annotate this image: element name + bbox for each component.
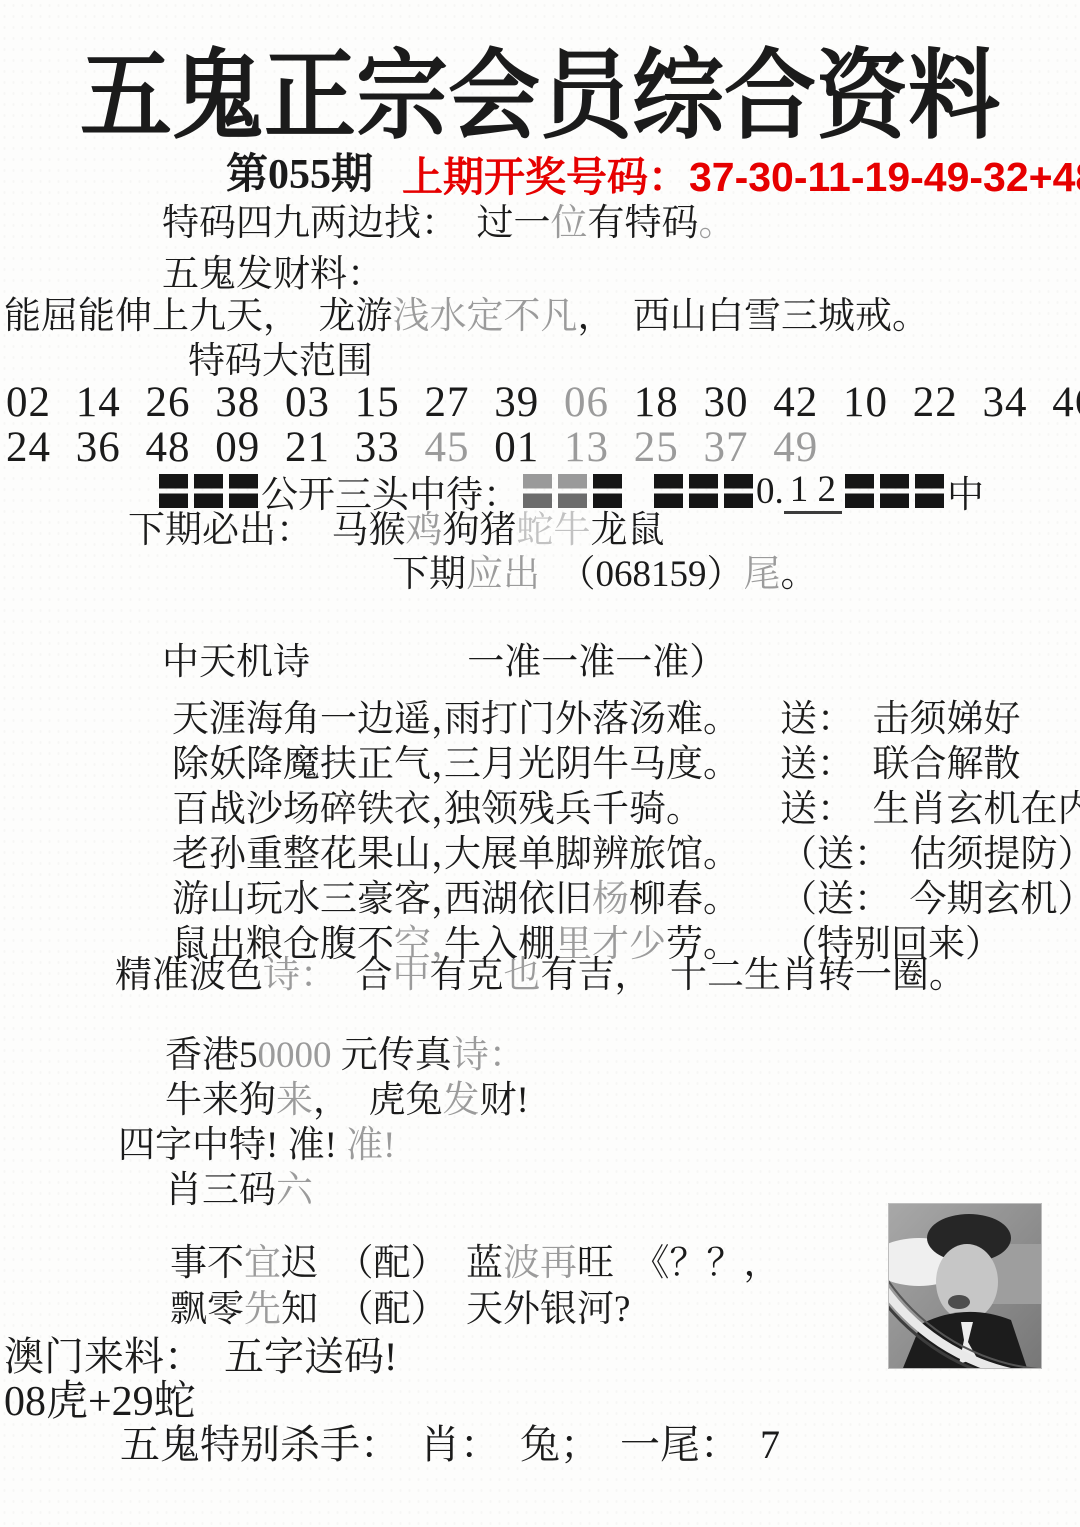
text-segment: 中 (393, 955, 430, 996)
text-segment: 迟 （配） 蓝 (281, 1243, 503, 1284)
text-segment: 牛来狗 (165, 1080, 276, 1121)
text-segment: 应出 (466, 554, 540, 595)
text-segment: 飘零 (170, 1289, 244, 1330)
text-segment: 浅水定不凡 (393, 296, 578, 337)
text-segment: 有吉， 十二生肖转一圈。 (541, 955, 967, 996)
text-segment: 事不 (170, 1243, 244, 1284)
text-segment: 08虎+29蛇 (4, 1379, 196, 1425)
heads-hit-label: 中 (947, 464, 984, 518)
text-segment: 位 (551, 203, 588, 244)
censored-block (880, 474, 909, 508)
text-segment: 诗： (452, 1035, 526, 1076)
tianji-poem-header: 中天机诗 一准一准一准） (162, 643, 726, 684)
censored-block (159, 474, 188, 508)
text-segment: 尾 (744, 554, 781, 595)
censored-block (558, 474, 587, 508)
text-segment: 鸡 (406, 510, 443, 551)
text-segment: 能屈能伸上九天， 龙游 (4, 296, 393, 337)
issue-number: 第055期 (226, 141, 373, 201)
macau-material-line: 澳门来料： 五字送码! (4, 1335, 397, 1379)
text-segment: 澳门来料： 五字送码! (4, 1334, 397, 1379)
censored-block (194, 474, 223, 508)
text-segment: 有特码 (588, 203, 699, 244)
wave-color-poem-line: 精准波色诗： 合中有克也有吉， 十二生肖转一圈。 (115, 956, 966, 997)
text-segment: （068159） (540, 554, 744, 595)
text-segment: 下期必出： 马猴 (128, 510, 406, 551)
pair-line-1: 事不宜迟 （配） 蓝波再旺 《？？， (170, 1244, 781, 1285)
tianji-accuracy-note: 一准一准一准） (467, 642, 726, 683)
last-draw-numbers: 上期开奖号码：37-30-11-19-49-32+48 (402, 144, 1080, 203)
hk-fax-poem-line: 牛来狗来， 虎兔发财! (165, 1081, 529, 1122)
text-segment: 06 (564, 379, 609, 426)
censored-block (845, 474, 874, 508)
text-segment: 。 (699, 203, 736, 244)
pair-line-2: 飘零先知 （配） 天外银河? (170, 1290, 630, 1331)
text-segment: 知 （配） 天外银河? (281, 1289, 630, 1330)
fortune-material-label: 五鬼发财料： (162, 255, 384, 296)
page-title: 五鬼正宗会员综合资料 (0, 18, 1080, 158)
censored-block (229, 474, 258, 508)
text-segment: 财! (480, 1080, 529, 1121)
text-segment: ， 虎兔 (313, 1080, 443, 1121)
text-segment: 六 (276, 1170, 313, 1211)
next-issue-should-line: 下期应出 （068159）尾。 (392, 555, 818, 596)
censored-block (689, 474, 718, 508)
text-segment: 0000 (258, 1035, 332, 1076)
tiger-snake-codes-line: 08虎+29蛇 (4, 1379, 196, 1425)
text-segment: 02 14 26 38 03 15 27 39 (6, 379, 564, 426)
lottery-info-sheet: 五鬼正宗会员综合资料 第055期 上期开奖号码：37-30-11-19-49-3… (0, 0, 1080, 1527)
censored-block (523, 474, 552, 508)
censored-block (915, 474, 944, 508)
text-segment: 龙鼠 (591, 510, 665, 551)
fortune-couplet-line: 能屈能伸上九天， 龙游浅水定不凡， 西山白雪三城戒。 (4, 297, 929, 338)
text-segment: 五鬼发财料： (162, 254, 384, 295)
text-segment: 来 (276, 1080, 313, 1121)
text-segment: 蛇牛 (517, 510, 591, 551)
text-segment: 特码四九两边找： 过一 (162, 203, 551, 244)
text-segment: 发 (443, 1080, 480, 1121)
censored-block (724, 474, 753, 508)
text-segment: 。 (781, 554, 818, 595)
text-segment: 也 (504, 955, 541, 996)
number-row-1: 02 14 26 38 03 15 27 39 06 18 30 42 10 2… (6, 379, 1080, 426)
text-segment: 先 (244, 1289, 281, 1330)
text-segment: 有克 (430, 955, 504, 996)
portrait-photo (888, 1203, 1042, 1369)
text-segment: 肖三码 (165, 1170, 276, 1211)
text-segment: 狗猪 (443, 510, 517, 551)
text-segment: 特码大范围 (188, 341, 373, 382)
text-segment: 元传真 (332, 1035, 452, 1076)
censored-block (593, 474, 622, 508)
text-segment: 18 30 42 10 22 34 46 12 (609, 379, 1080, 426)
text-segment: 旺 《？？， (577, 1243, 781, 1284)
heads-zero: 0. (756, 470, 784, 513)
text-segment: 下期 (392, 554, 466, 595)
text-segment: 波再 (503, 1243, 577, 1284)
text-segment: 精准波色 (115, 955, 263, 996)
text-segment: 合 (319, 955, 393, 996)
text-segment: 宜 (244, 1243, 281, 1284)
special-killer-line: 五鬼特别杀手： 肖： 兔； 一尾： 7 (120, 1423, 780, 1467)
text-segment: 香港5 (165, 1035, 258, 1076)
tianji-label: 中天机诗 (162, 642, 310, 683)
xiao-three-code-line: 肖三码六 (165, 1171, 313, 1212)
four-char-special-line: 四字中特! 准! 准! (118, 1126, 395, 1167)
text-segment: 准! (346, 1125, 395, 1166)
hk-fax-poem-label: 香港50000 元传真诗： (165, 1036, 526, 1077)
big-range-label: 特码大范围 (188, 342, 373, 383)
next-issue-must-line: 下期必出： 马猴鸡狗猪蛇牛龙鼠 (128, 511, 665, 552)
heads-underlined-digits: 1 2 (784, 468, 842, 514)
text-segment: 五鬼特别杀手： 肖： 兔； 一尾： 7 (120, 1422, 780, 1467)
text-segment: 四字中特! 准! (118, 1125, 346, 1166)
man-portrait-illustration (889, 1204, 1041, 1368)
text-segment: 诗： (263, 955, 319, 996)
text-segment: ， 西山白雪三城戒。 (578, 296, 930, 337)
censored-block (654, 474, 683, 508)
special-code-hint-line: 特码四九两边找： 过一位有特码。 (162, 204, 736, 245)
